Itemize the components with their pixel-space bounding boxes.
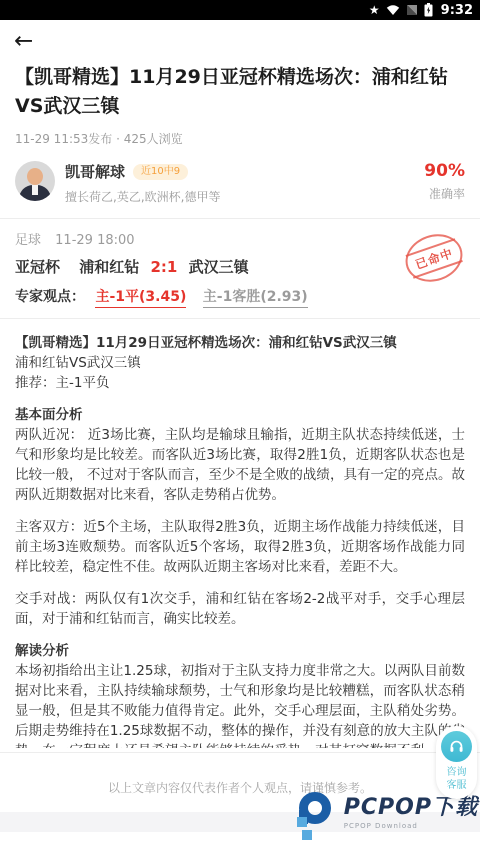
match-datetime: 11-29 18:00 <box>55 233 134 248</box>
paragraph-head-to-head: 交手对战：两队仅有1次交手，浦和红钻在客场2-2战平对手，交手心理层面，对于浦和… <box>15 589 465 629</box>
section-title-interpretation: 解读分析 <box>15 641 465 661</box>
content-heading: 【凯哥精选】11月29日亚冠杯精选场次：浦和红钻VS武汉三镇 <box>15 333 465 353</box>
footer: 以上文章内容仅代表作者个人观点，请谨慎参考。 PCPOP下载 PCPOP Dow… <box>0 748 480 853</box>
author-specialty: 擅长荷乙,英乙,欧洲杯,德甲等 <box>65 188 220 205</box>
expert-opinion-label: 专家观点： <box>15 289 85 305</box>
divider <box>0 752 480 753</box>
accuracy-value: 90% <box>424 161 465 181</box>
battery-charging-icon <box>424 3 433 17</box>
content-recommendation: 推荐：主-1平负 <box>15 373 465 393</box>
match-league: 亚冠杯 <box>15 258 60 276</box>
back-button[interactable]: ← <box>14 30 33 52</box>
match-away-team: 武汉三镇 <box>189 258 249 276</box>
customer-service-label: 咨询 客服 <box>447 766 467 792</box>
match-teams: 亚冠杯 浦和红钻 2:1 武汉三镇 <box>15 256 465 277</box>
pcpop-logo-icon <box>292 790 340 842</box>
star-icon: ★ <box>369 0 380 20</box>
match-card: 足球 11-29 18:00 亚冠杯 浦和红钻 2:1 武汉三镇 专家观点： 主… <box>15 219 465 318</box>
author-name: 凯哥解球 <box>65 161 125 182</box>
paragraph-recent-form: 两队近况： 近3场比赛，主队均是输球且输指，近期主队状态持续低迷，士气和形象均是… <box>15 425 465 505</box>
accuracy-label: 准确率 <box>424 185 465 202</box>
author-info: 凯哥解球 近10中9 擅长荷乙,英乙,欧洲杯,德甲等 <box>65 161 220 205</box>
expert-opinion-row: 专家观点： 主-1平(3.45) 主-1客胜(2.93) <box>15 286 465 306</box>
author-card[interactable]: 凯哥解球 近10中9 擅长荷乙,英乙,欧洲杯,德甲等 90% 准确率 <box>15 161 465 205</box>
article-body: 【凯哥精选】11月29日亚冠杯精选场次：浦和红钻VS武汉三镇 浦和红钻VS武汉三… <box>15 319 465 781</box>
match-score: 2:1 <box>151 258 178 276</box>
wifi-icon <box>386 4 400 16</box>
page-content: 【凯哥精选】11月29日亚冠杯精选场次：浦和红钻VS武汉三镇 11-29 11:… <box>0 63 480 781</box>
article-meta: 11-29 11:53发布 · 425人浏览 <box>15 130 465 147</box>
paragraph-home-away: 主客双方：近5个主场，主队取得2胜3负，近期主场作战能力持续低迷，目前主场3连败… <box>15 517 465 577</box>
customer-service-button[interactable]: 咨询 客服 <box>436 726 477 799</box>
accuracy-block: 90% 准确率 <box>424 161 465 202</box>
pick-primary[interactable]: 主-1平(3.45) <box>95 289 186 308</box>
avatar <box>15 161 55 201</box>
page-title: 【凯哥精选】11月29日亚冠杯精选场次：浦和红钻VS武汉三镇 <box>15 63 465 121</box>
headset-icon <box>441 731 472 762</box>
navbar: ← <box>0 20 480 56</box>
hit-stamp-text: 已命中 <box>406 238 462 278</box>
watermark-title: PCPOP下载 <box>344 796 478 820</box>
status-time: 9:32 <box>441 3 473 18</box>
pick-secondary[interactable]: 主-1客胜(2.93) <box>203 289 308 308</box>
streak-badge: 近10中9 <box>133 164 188 180</box>
match-sport: 足球 <box>15 233 41 248</box>
match-meta: 足球 11-29 18:00 <box>15 229 465 248</box>
content-subheading: 浦和红钻VS武汉三镇 <box>15 353 465 373</box>
status-bar: ★ 9:32 <box>0 0 480 20</box>
section-title-fundamental: 基本面分析 <box>15 405 465 425</box>
screen: ★ 9:32 ← 【凯哥精选】11月29日亚冠杯精选场次：浦和红钻VS武汉三镇 … <box>0 0 480 853</box>
signal-icon <box>406 4 418 16</box>
match-home-team: 浦和红钻 <box>79 258 139 276</box>
watermark-subtitle: PCPOP Download <box>344 822 478 830</box>
